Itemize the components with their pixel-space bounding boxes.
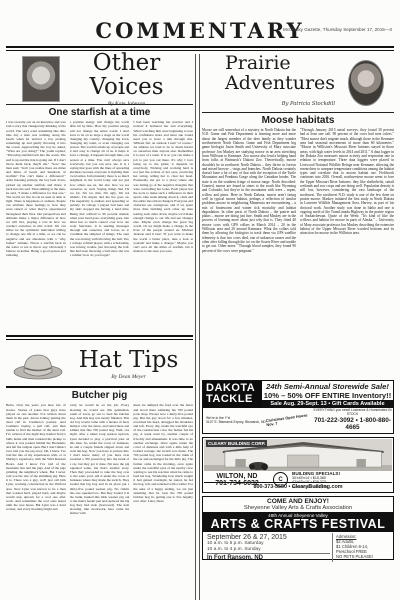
festival-title: ARTS & CRAFTS FESTIVAL [203, 518, 393, 531]
dakota-sale-dates-bar: Sale Aug. 29-Sept. 13 • Gift Cards Avail… [262, 400, 393, 408]
dakota-tackle-logo-line2: TACKLE [206, 394, 262, 405]
arts-crafts-festival-ad: COME AND ENJOY! Sheyenne Valley Arts & C… [202, 496, 394, 560]
left-half: Other Voices By Kate Johnson One starfis… [6, 54, 193, 600]
moose-col-2: "Through January 2015 aerial surveys, th… [300, 128, 394, 376]
page-body: Other Voices By Kate Johnson One starfis… [6, 54, 394, 600]
butcher-pig-col-2: early, he would be on the job. Every mor… [70, 403, 130, 561]
starfish-col-3: I had been watching her practice and I n… [133, 120, 193, 332]
cleary-logo: CLEARY BUILDING CORP. [206, 440, 267, 447]
prairie-adventures-title-line1: Prairie [225, 53, 335, 73]
hat-tips-titlewrap: Hat Tips By Dean Meyer [64, 348, 193, 380]
cleary-building-ad: CLEARY BUILDING CORP. [202, 437, 394, 493]
dakota-tackle-logo: DAKOTA TACKLE [203, 381, 262, 408]
festival-location: In Fort Ransom, ND [207, 553, 330, 561]
hat-tips-rule [6, 386, 193, 388]
festival-time-sunday: 10 a.m. to 4 p.m. Sunday [207, 547, 330, 553]
prairie-adventures-title-line2: Adventures [225, 73, 335, 93]
festival-admission: Admission: $2 Adults, $1 Children 6-14, … [333, 533, 391, 562]
starfish-headline: One starfish at a time [6, 107, 193, 118]
butcher-pig-col-3: meal, he dumped the feed over the fence … [133, 403, 193, 561]
patricia-stockdill-photo [348, 60, 384, 106]
dakota-address-line2: 3107 E. Bismarck Expwy, Bismarck, ND [206, 420, 266, 424]
dakota-sale-subhead: 10% – 50% OFF ENTIRE Inventory!! [262, 391, 393, 400]
dakota-tackle-top: DAKOTA TACKLE 24th Semi-Annual Storewide… [203, 381, 393, 408]
prairie-adventures-header: Prairie Adventures By Patricia Stockdill [202, 54, 394, 112]
dakota-tackle-ad: DAKOTA TACKLE 24th Semi-Annual Storewide… [202, 380, 394, 434]
hat-tips-top-rule [6, 335, 193, 340]
center-divider [195, 54, 200, 600]
prairie-adventures-titlewrap: Prairie Adventures By Patricia Stockdill [202, 53, 348, 114]
festival-association: Sheyenne Valley Arts & Crafts Associatio… [203, 505, 393, 511]
moose-habitats-headline: Moose habitats [202, 115, 394, 126]
dakota-open-house-note: Christmas Open House Nov. 7 [266, 413, 313, 428]
dakota-phone-numbers: 701-222-3092 • 1-800-880-4665 [312, 417, 393, 431]
cowboy-hat-image [12, 347, 64, 381]
butcher-pig-article: Hello, Over the years you hear lots of s… [6, 403, 193, 561]
hat-tips-byline: By Dean Meyer [64, 374, 193, 380]
kate-johnson-photo [22, 56, 60, 102]
hat-tips-title: Hat Tips [64, 348, 193, 372]
butcher-pig-headline: Butcher pig [6, 390, 193, 401]
cleary-city: WILTON, ND [205, 473, 269, 480]
dakota-contact: EVERYTHING you need! Lowrance & Humminbi… [312, 409, 393, 431]
other-voices-title: Other Voices [60, 51, 193, 99]
moose-col-1: Moose are still somewhat of a mystery in… [202, 128, 296, 376]
prairie-adventures-title: Prairie Adventures By Patricia Stockdill [225, 53, 335, 114]
starfish-col-2: a positive energy will change the world … [70, 120, 130, 332]
festival-when: September 26 & 27, 2015 10 a.m. to 5 p.m… [205, 533, 333, 562]
dakota-stock-note: EVERYTHING you need! Lowrance & Humminbi… [312, 409, 393, 417]
starfish-article: I was recently out on an interview and w… [6, 120, 193, 332]
right-half: Prairie Adventures By Patricia Stockdill… [202, 54, 394, 600]
other-voices-byline: By Kate Johnson [60, 101, 193, 107]
prairie-adventures-byline: By Patricia Stockdill [225, 94, 335, 114]
folio-line: McClusky Gazette, Thursday September 17,… [283, 27, 392, 32]
dakota-tackle-copy: 24th Semi-Annual Storewide Sale! 10% – 5… [262, 381, 393, 408]
dakota-sale-headline: 24th Semi-Annual Storewide Sale! [262, 382, 393, 391]
festival-come-enjoy: COME AND ENJOY! [203, 498, 393, 505]
other-voices-header: Other Voices By Kate Johnson [6, 54, 193, 104]
newspaper-page: COMMENTARY McClusky Gazette, Thursday Se… [0, 0, 400, 600]
festival-details: September 26 & 27, 2015 10 a.m. to 5 p.m… [203, 533, 393, 562]
dakota-tackle-bottom: We're in the Y's! 3107 E. Bismarck Expwy… [203, 409, 393, 431]
other-voices-titlewrap: Other Voices By Kate Johnson [60, 51, 193, 107]
starfish-col-1: I was recently out on an interview and w… [6, 120, 66, 332]
dakota-address: We're in the Y's! 3107 E. Bismarck Expwy… [203, 416, 266, 424]
butcher-pig-col-1: Hello, Over the years you hear lots of s… [6, 403, 66, 561]
festival-title-block: 48th Annual Sheyenne Valley ARTS & CRAFT… [203, 512, 393, 532]
hat-tips-header: Hat Tips By Dean Meyer [6, 342, 193, 386]
moose-article: Moose are still somewhat of a mystery in… [202, 128, 394, 376]
festival-no-pets: NO PETS PLEASE! [336, 554, 388, 559]
masthead: COMMENTARY McClusky Gazette, Thursday Se… [6, 4, 394, 46]
cleary-contact-bar: 800-373-5550 • ClearyBuilding.com [204, 482, 392, 491]
